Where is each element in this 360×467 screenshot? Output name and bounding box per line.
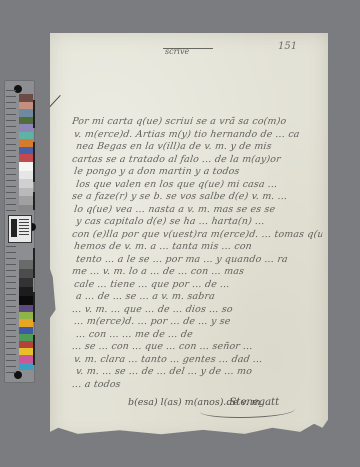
card-tick [6,150,16,151]
manuscript-line: tento ... a le se ... por ma ... y quand… [75,254,323,267]
color-swatch [19,355,33,362]
manuscript-line: ... a todos [71,379,323,392]
card-tick [6,162,16,163]
card-tick [6,204,16,205]
card-tick [6,324,16,325]
card-tick [6,306,16,307]
card-tick [6,366,16,367]
manuscript-line: me ... v. m. lo a ... de ... con ... mas [71,266,323,279]
manuscript-line: ... con ... ... me de ... de [75,329,323,342]
card-tick [6,330,16,331]
ruler-segment [33,142,35,182]
manuscript-line: cartas se a tratado al falo ... de la m(… [71,154,323,167]
manuscript-line: ... se ... con ... que ... con ... señor… [71,341,323,354]
card-tick [6,132,16,133]
manuscript-line: nea Begas en la v(ill)a de v. m. y de mi… [75,141,323,154]
manuscript-line: v. m. clara ... tanto ... gentes ... dad… [73,354,323,367]
card-tick [6,336,16,337]
color-swatch [19,147,33,155]
card-tick [6,258,16,259]
card-tick [6,168,16,169]
card-tick [6,108,16,109]
card-tick [6,126,16,127]
card-tick [6,300,16,301]
color-swatch [19,341,33,348]
manuscript-line: ... m(erce)d. ... por ... de ... y se [73,316,323,329]
card-tick [6,354,16,355]
color-swatch [19,269,33,278]
card-tick [6,114,16,115]
card-tick [6,210,16,211]
color-swatch [19,327,33,334]
card-tick [6,294,16,295]
card-tick [6,186,16,187]
color-swatch [19,162,33,171]
card-tick [6,174,16,175]
manuscript-line: Por mi carta q(ue) scriui se a vrã sa co… [71,116,323,129]
color-swatch [19,287,33,296]
manuscript-line: hemos de v. m. a ... tanta mis ... con [73,241,323,254]
card-tick [6,372,16,373]
manuscript-line: cale ... tiene ... que por ... de ... [73,279,323,292]
card-tick [6,90,16,91]
color-swatch [19,296,33,305]
color-swatch [19,278,33,287]
color-swatch [19,132,33,140]
color-swatch [19,117,33,125]
manuscript-line: a ... de ... se ... a v. m. sabra [75,291,323,304]
card-tick [6,318,16,319]
color-swatch [19,102,33,110]
card-tick [6,252,16,253]
card-tick [6,282,16,283]
card-tick [6,180,16,181]
color-swatch [19,348,33,355]
ruler-segment [33,100,35,128]
color-swatch [19,109,33,117]
manuscript-line: lo q(ue) vea ... nasta a v. m. mas se es… [73,204,323,217]
color-swatch [19,154,33,162]
color-swatch [19,319,33,326]
card-tick [6,312,16,313]
ruler-segment [33,335,35,365]
color-swatch [19,179,33,188]
color-swatch [19,312,33,319]
color-swatch [19,171,33,180]
manuscript-line: se a faze(r) y se b. se vos salbe d(e) v… [71,191,323,204]
manuscript-line: v. m(erce)d. Artias m(y) tio hernando de… [73,129,323,142]
color-swatch [19,260,33,269]
manuscript-page: 151 scrive Por mi carta q(ue) scriui se … [50,33,328,440]
calibration-card [4,80,35,383]
color-swatch [19,363,33,370]
label-text-lines [19,219,29,237]
card-tick [6,276,16,277]
manuscript-line: con (e)lla por que v(uest)ra m(erce)d. .… [71,229,323,242]
card-tick [6,342,16,343]
card-label [8,215,32,243]
card-tick [6,144,16,145]
card-tick [6,102,16,103]
card-tick [6,138,16,139]
card-tick [6,192,16,193]
card-tick [6,120,16,121]
card-tick [6,360,16,361]
color-swatch [19,139,33,147]
card-tick [6,288,16,289]
card-tick [6,246,16,247]
card-hole-top [14,85,22,93]
ruler-segment [33,292,35,322]
color-swatch [19,205,33,214]
ruler-segment [33,192,35,210]
manuscript-line: ... v. m. ... que ... de ... dios ... so [71,304,323,317]
card-tick [6,156,16,157]
manuscript-line: le pongo y a don martin y a todos [73,166,323,179]
card-tick [6,348,16,349]
color-swatch [19,124,33,132]
card-tick [6,270,16,271]
card-tick [6,96,16,97]
color-swatch [19,305,33,312]
ruler-segment [33,248,35,278]
manuscript-line: los que valen en los que q(ue) mi casa .… [75,179,323,192]
folio-number: 151 [278,41,297,52]
color-swatch [19,188,33,197]
manuscript-line: v. m. ... se ... de ... del ... y de ...… [75,366,323,379]
signature: ...Stenegatt [220,397,279,408]
color-swatch [19,94,33,102]
color-swatch [19,196,33,205]
card-tick [6,198,16,199]
card-tick [6,264,16,265]
color-swatch [19,334,33,341]
letter-body: Por mi carta q(ue) scriui se a vrã sa co… [72,116,322,391]
barcode [11,219,17,237]
manuscript-line: y cas capitalo d(e) se ha ... harta(n) .… [75,216,323,229]
header-note: scrive [165,47,189,56]
